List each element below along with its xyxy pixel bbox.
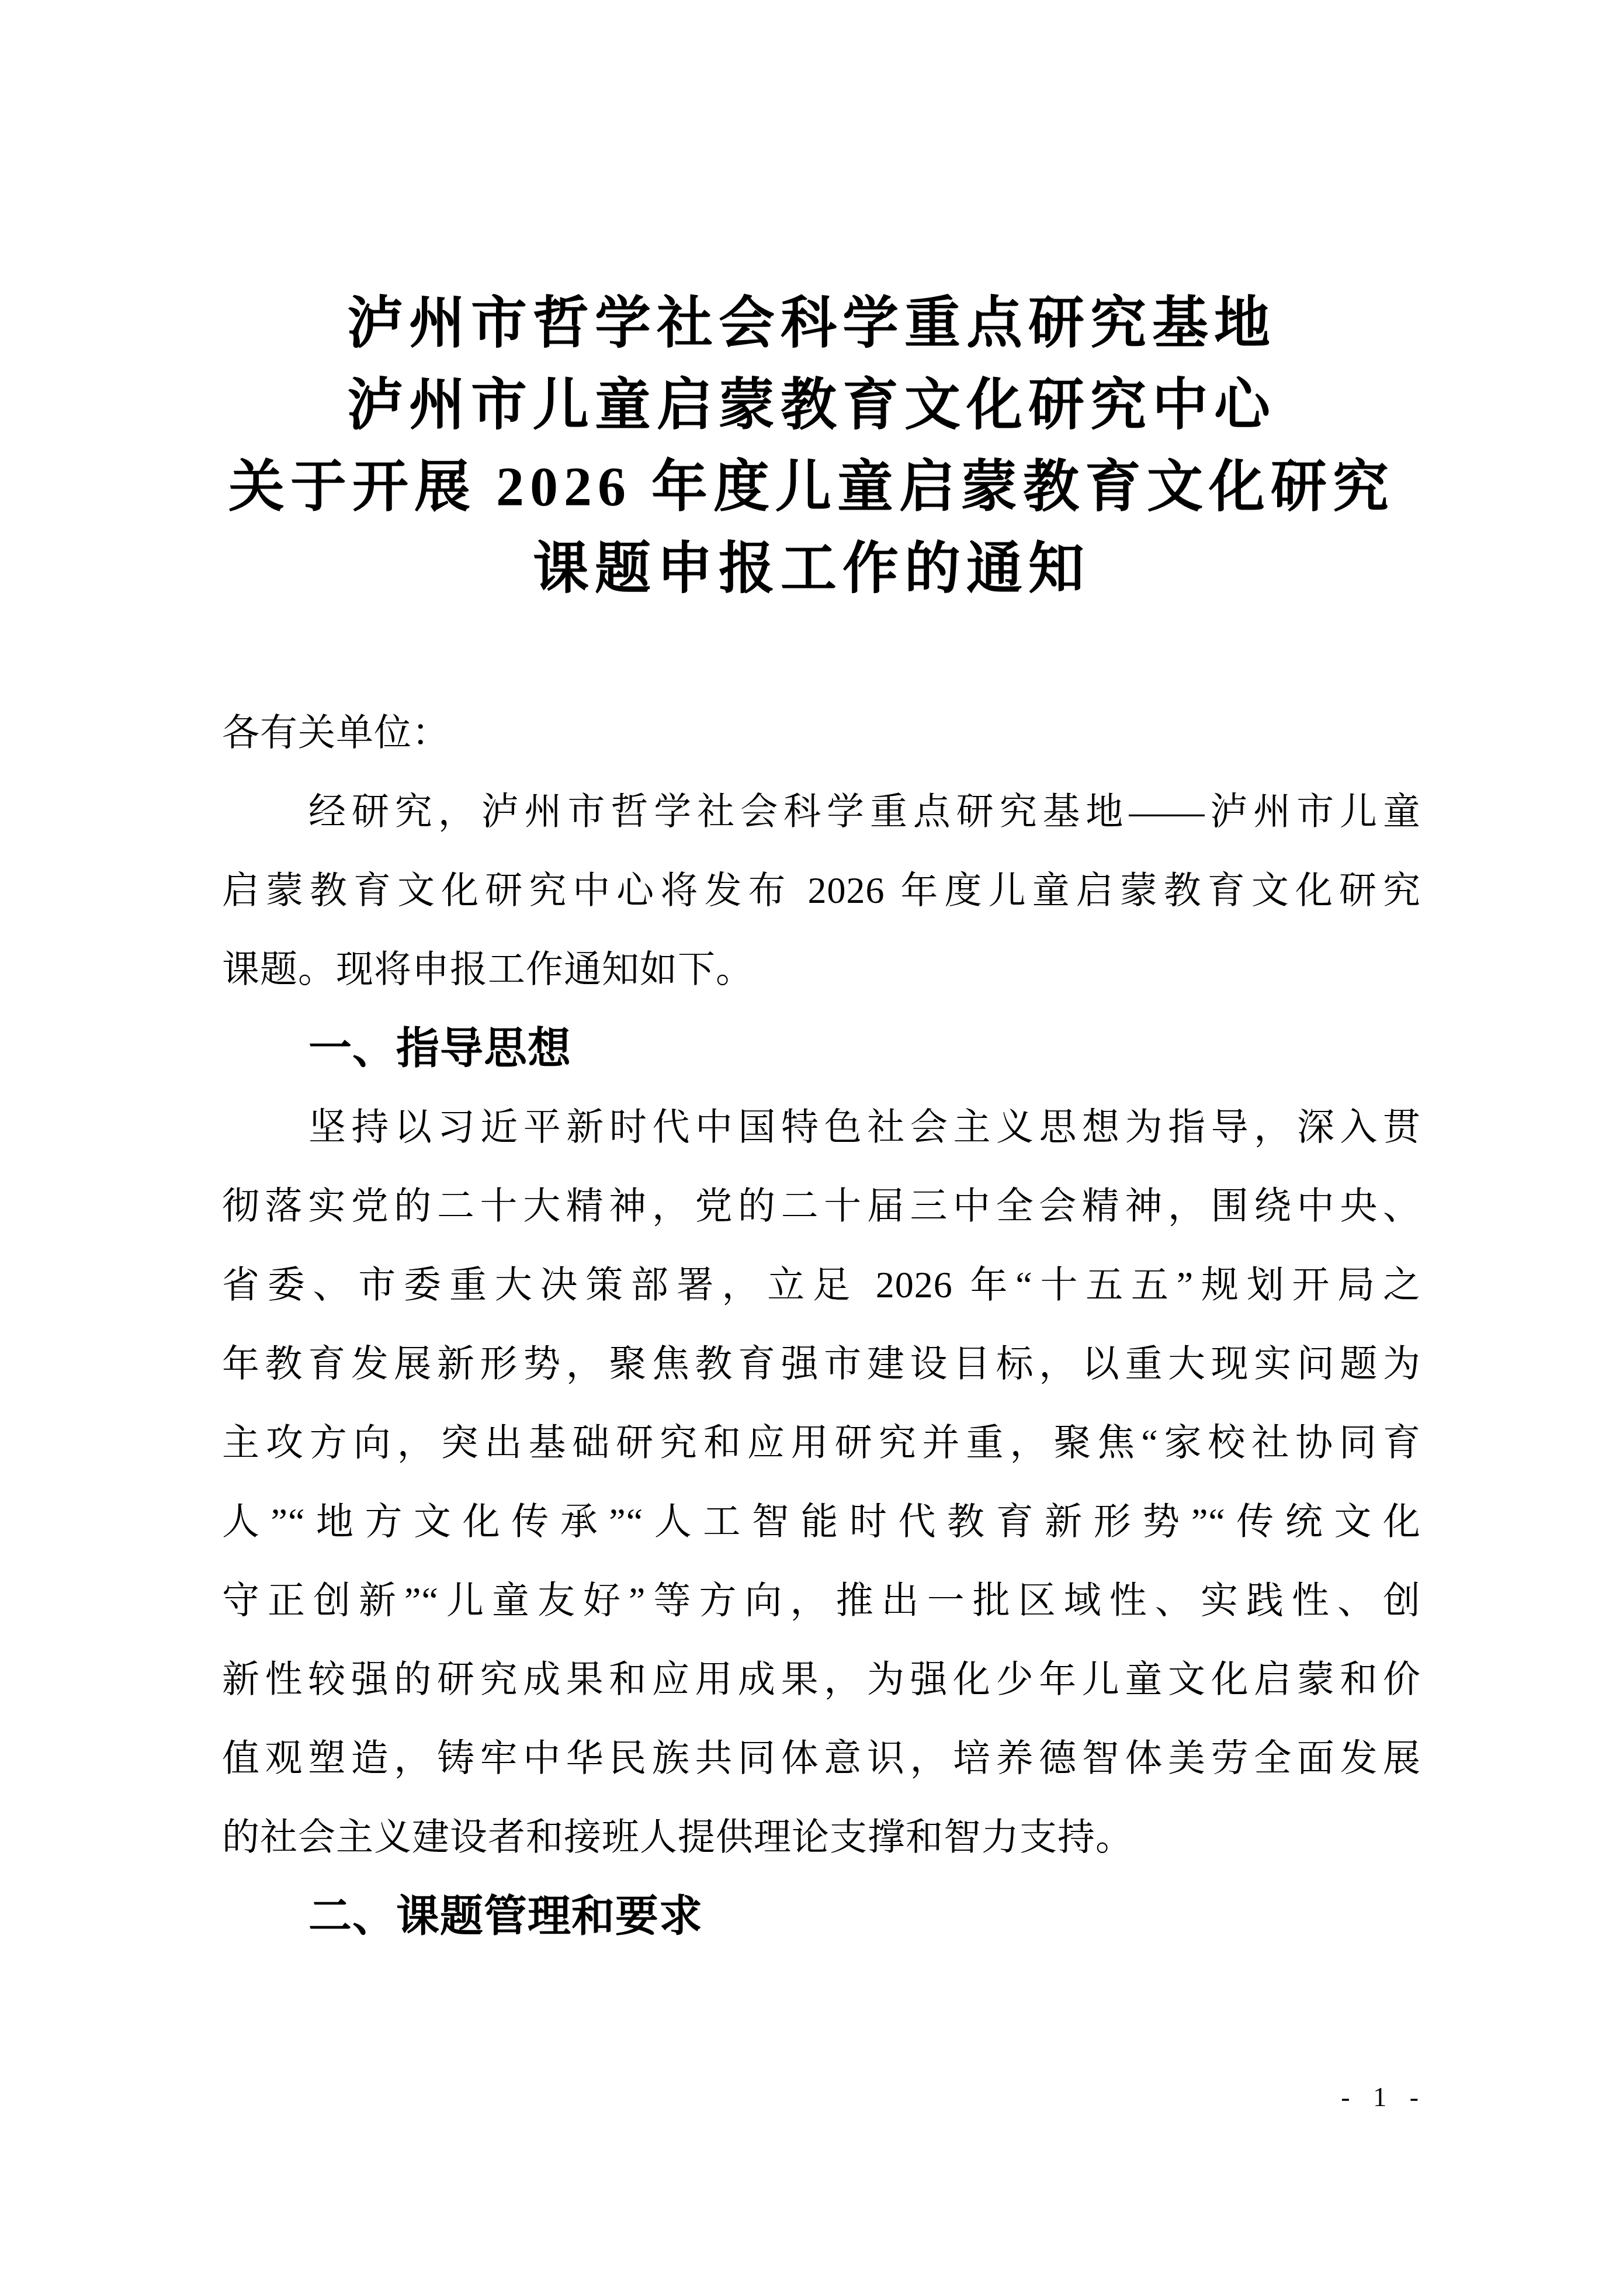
section-1-heading: 一、指导思想 [222,1009,1421,1088]
paragraph-1-line-2: 启蒙教育文化研究中心将发布 2026 年度儿童启蒙教育文化研究 [222,851,1421,930]
paragraph-2-line-7: 守正创新”“儿童友好”等方向，推出一批区域性、实践性、创 [222,1561,1421,1640]
paragraph-2-line-10: 的社会主义建设者和接班人提供理论支撑和智力支持。 [222,1798,1421,1876]
paragraph-1-line-3: 课题。现将申报工作通知如下。 [222,930,1421,1009]
paragraph-2-line-1: 坚持以习近平新时代中国特色社会主义思想为指导，深入贯 [222,1088,1421,1166]
paragraph-1-line-1: 经研究，泸州市哲学社会科学重点研究基地——泸州市儿童 [222,772,1421,851]
document-title: 泸州市哲学社会科学重点研究基地 泸州市儿童启蒙教育文化研究中心 关于开展 202… [204,282,1419,610]
page-number: - 1 - [1341,2082,1427,2113]
document-body: 各有关单位： 经研究，泸州市哲学社会科学重点研究基地——泸州市儿童 启蒙教育文化… [222,693,1421,1955]
salutation: 各有关单位： [222,693,1421,772]
section-2-heading: 二、课题管理和要求 [222,1876,1421,1955]
title-line-4: 课题申报工作的通知 [204,528,1419,610]
paragraph-2-line-4: 年教育发展新形势，聚焦教育强市建设目标，以重大现实问题为 [222,1324,1421,1403]
paragraph-2-line-6: 人”“地方文化传承”“人工智能时代教育新形势”“传统文化 [222,1482,1421,1561]
paragraph-2-line-8: 新性较强的研究成果和应用成果，为强化少年儿童文化启蒙和价 [222,1640,1421,1719]
title-line-1: 泸州市哲学社会科学重点研究基地 [204,282,1419,364]
paragraph-2-line-5: 主攻方向，突出基础研究和应用研究并重，聚焦“家校社协同育 [222,1403,1421,1482]
document-page: 泸州市哲学社会科学重点研究基地 泸州市儿童启蒙教育文化研究中心 关于开展 202… [0,0,1623,2296]
title-line-2: 泸州市儿童启蒙教育文化研究中心 [204,364,1419,446]
paragraph-2-line-3: 省委、市委重大决策部署，立足 2026 年“十五五”规划开局之 [222,1245,1421,1324]
paragraph-2-line-2: 彻落实党的二十大精神，党的二十届三中全会精神，围绕中央、 [222,1166,1421,1245]
title-line-3: 关于开展 2026 年度儿童启蒙教育文化研究 [204,446,1419,528]
paragraph-2-line-9: 值观塑造，铸牢中华民族共同体意识，培养德智体美劳全面发展 [222,1719,1421,1798]
